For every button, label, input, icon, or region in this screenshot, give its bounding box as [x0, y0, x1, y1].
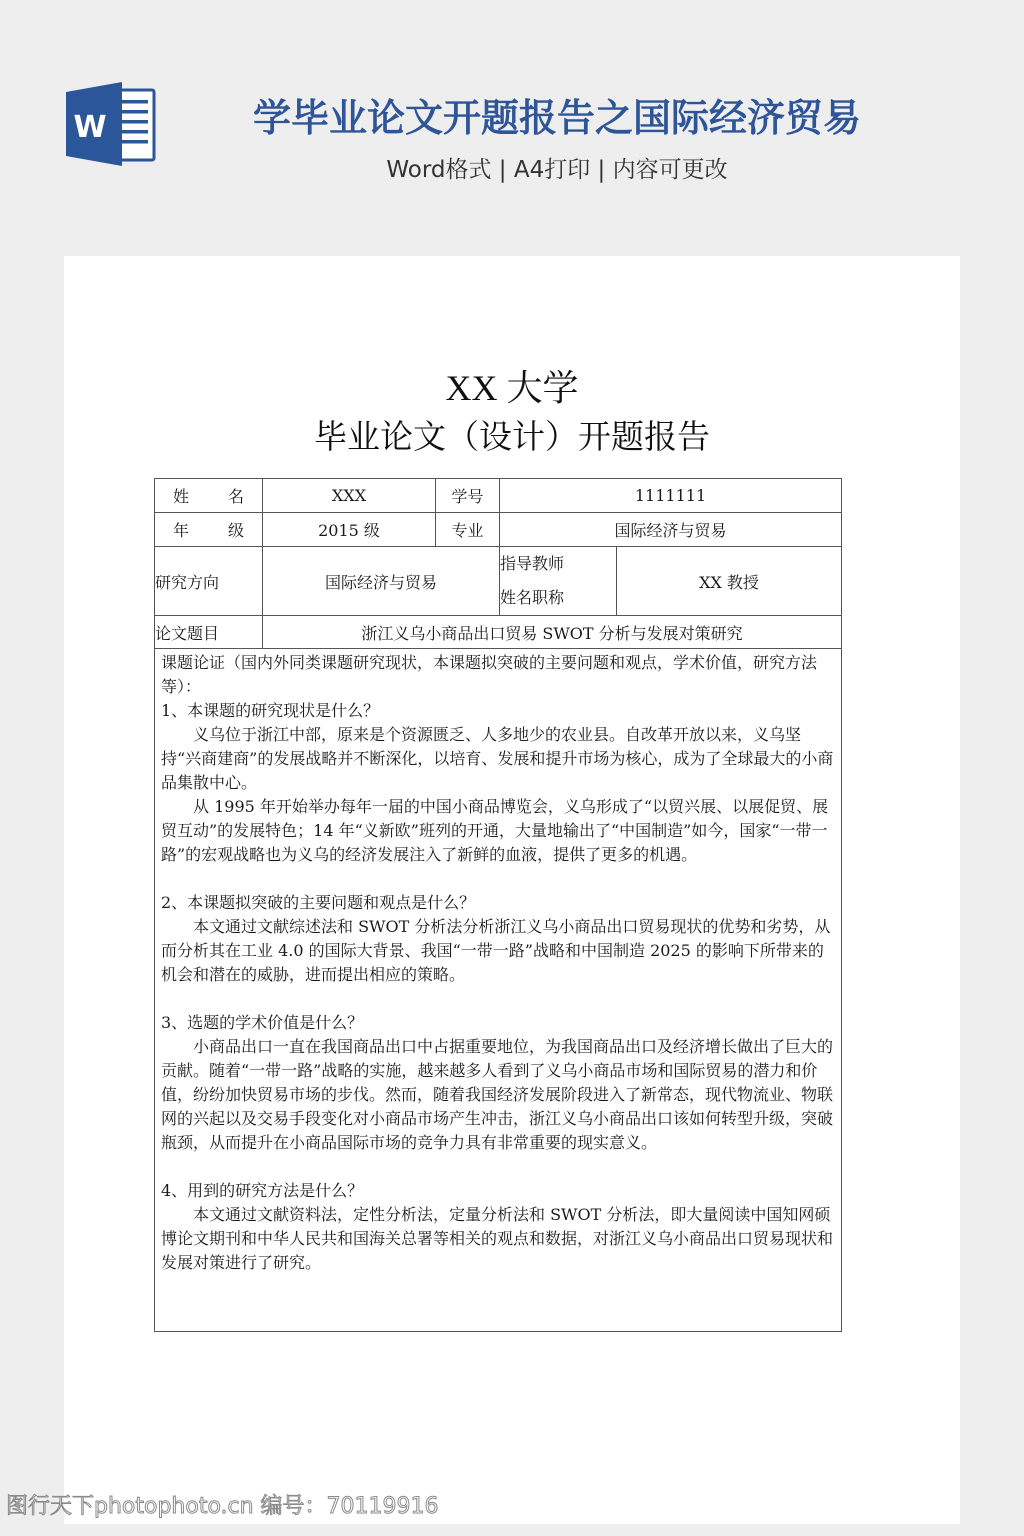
- section-3-paragraph-1: 小商品出口一直在我国商品出口中占据重要地位，为我国商品出口及经济增长做出了巨大的…: [161, 1035, 835, 1155]
- watermark-text: 图行天下photophoto.cn 编号：70119916: [6, 1492, 439, 1522]
- value-advisor: XX 教授: [617, 547, 842, 616]
- section-heading-3: 3、选题的学术价值是什么？: [161, 1011, 835, 1035]
- university-heading: XX 大学: [0, 366, 1024, 410]
- value-major: 国际经济与贸易: [500, 513, 842, 547]
- spacer: [161, 867, 835, 891]
- table-row-name: 姓 名 XXX 学号 1111111: [155, 479, 842, 513]
- table-row-thesis-title: 论文题目 浙江义乌小商品出口贸易 SWOT 分析与发展对策研究: [155, 616, 842, 649]
- svg-text:W: W: [73, 110, 106, 145]
- banner-subtitle: Word格式 | A4打印 | 内容可更改: [180, 152, 934, 188]
- section-4-paragraph-1: 本文通过文献资料法，定性分析法，定量分析法和 SWOT 分析法，即大量阅读中国知…: [161, 1203, 835, 1275]
- value-thesis-title: 浙江义乌小商品出口贸易 SWOT 分析与发展对策研究: [263, 616, 842, 649]
- spacer: [161, 1155, 835, 1179]
- table-row-research-direction: 研究方向 国际经济与贸易 指导教师 姓名职称 XX 教授: [155, 547, 842, 616]
- section-heading-4: 4、用到的研究方法是什么？: [161, 1179, 835, 1203]
- section-heading-2: 2、本课题拟突破的主要问题和观点是什么？: [161, 891, 835, 915]
- label-name: 姓 名: [155, 479, 263, 513]
- spacer: [161, 987, 835, 1011]
- label-thesis-title: 论文题目: [155, 616, 263, 649]
- label-advisor: 指导教师 姓名职称: [500, 547, 617, 616]
- section-1-paragraph-1: 义乌位于浙江中部，原来是个资源匮乏、人多地少的农业县。自改革开放以来，义乌坚持“…: [161, 723, 835, 795]
- report-heading: 毕业论文（设计）开题报告: [0, 412, 1024, 462]
- table-row-grade: 年 级 2015 级 专业 国际经济与贸易: [155, 513, 842, 547]
- section-heading-1: 1、本课题的研究现状是什么？: [161, 699, 835, 723]
- argument-intro: 课题论证（国内外同类课题研究现状，本课题拟突破的主要问题和观点，学术价值，研究方…: [161, 651, 835, 699]
- argument-cell: 课题论证（国内外同类课题研究现状，本课题拟突破的主要问题和观点，学术价值，研究方…: [155, 649, 842, 1332]
- value-student-id: 1111111: [500, 479, 842, 513]
- label-student-id: 学号: [436, 479, 500, 513]
- section-2-paragraph-1: 本文通过文献综述法和 SWOT 分析法分析浙江义乌小商品出口贸易现状的优势和劣势…: [161, 915, 835, 987]
- word-icon: W: [66, 82, 156, 166]
- label-major: 专业: [436, 513, 500, 547]
- value-grade: 2015 级: [263, 513, 436, 547]
- value-name: XXX: [263, 479, 436, 513]
- proposal-form-table: 姓 名 XXX 学号 1111111 年 级 2015 级 专业 国际经济与贸易…: [154, 478, 842, 1332]
- table-row-argument: 课题论证（国内外同类课题研究现状，本课题拟突破的主要问题和观点，学术价值，研究方…: [155, 649, 842, 1332]
- section-1-paragraph-2: 从 1995 年开始举办每年一届的中国小商品博览会，义乌形成了“以贸兴展、以展促…: [161, 795, 835, 867]
- banner-title: 学毕业论文开题报告之国际经济贸易: [180, 92, 934, 144]
- value-research-direction: 国际经济与贸易: [263, 547, 500, 616]
- label-grade: 年 级: [155, 513, 263, 547]
- label-research-direction: 研究方向: [155, 547, 263, 616]
